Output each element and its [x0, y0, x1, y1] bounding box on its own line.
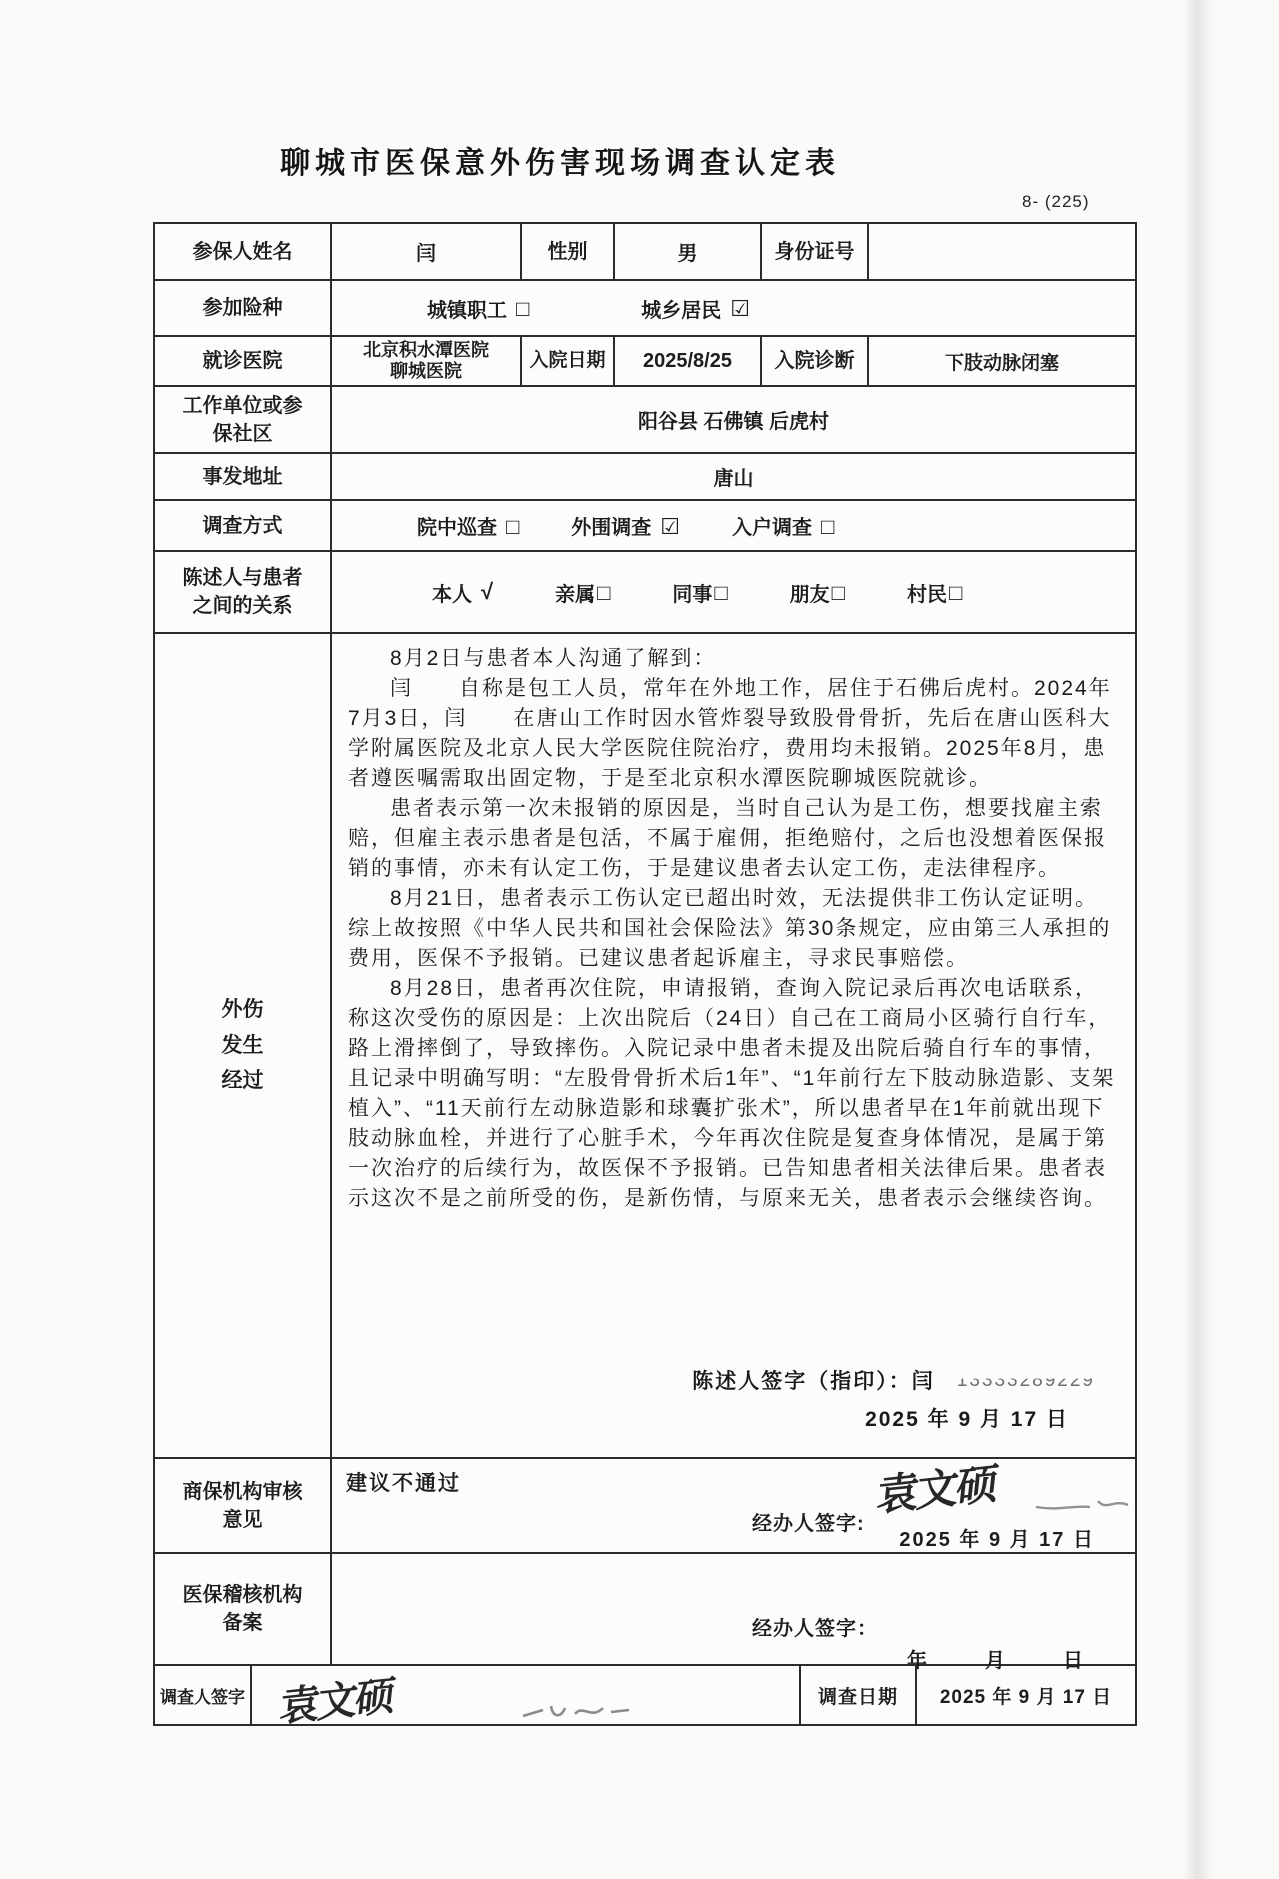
- option-urban-employee: 城镇职工 □: [427, 294, 529, 323]
- narrative-label: 外伤发生经过: [155, 634, 330, 1457]
- signature-scribble: [517, 1700, 637, 1724]
- option-coworker: 同事 □: [672, 578, 727, 607]
- option-urban-rural-resident: 城乡居民 ☑: [641, 294, 750, 323]
- row-relation: 陈述人与患者之间的关系 本人 √ 亲属 □ 同事 □ 朋友 □ 村民 □: [155, 550, 1135, 632]
- row-survey-method: 调查方式 院中巡查 □ 外围调查 ☑ 入户调查 □: [155, 499, 1135, 550]
- admission-date-label: 入院日期: [520, 337, 613, 385]
- row-review: 商保机构审核意见 建议不通过 经办人签字: 袁文硕 2025 年 9 月 17 …: [155, 1457, 1135, 1552]
- admission-date-value: 2025/8/25: [613, 337, 760, 385]
- survey-date-label: 调查日期: [799, 1666, 915, 1724]
- narrative-paragraph: 8月21日，患者表示工伤认定已超出时效，无法提供非工伤认定证明。综上故按照《中华…: [348, 884, 1121, 974]
- audit-content: 经办人签字： 年 月 日: [330, 1554, 1135, 1664]
- handwritten-signature: 袁文硕: [277, 1664, 396, 1734]
- row-work-unit: 工作单位或参保社区 阳谷县 石佛镇 后虎村: [155, 385, 1135, 452]
- row-investigator: 调查人签字 袁文硕 调查日期 2025 年 9 月 17 日: [155, 1664, 1135, 1724]
- id-number-label: 身份证号: [760, 224, 867, 279]
- investigator-label: 调查人签字: [155, 1666, 250, 1724]
- declarant-signature-line: 陈述人签字（指印）：闫13333289229: [348, 1366, 1121, 1397]
- checkbox-checked-icon: ☑: [660, 514, 680, 540]
- survey-method-options: 院中巡查 □ 外围调查 ☑ 入户调查 □: [330, 501, 1135, 550]
- survey-method-label: 调查方式: [155, 501, 330, 550]
- relation-options: 本人 √ 亲属 □ 同事 □ 朋友 □ 村民 □: [330, 552, 1135, 632]
- checkbox-checked-icon: ☑: [730, 296, 750, 322]
- hospital-value: 北京积水潭医院 聊城医院: [330, 337, 520, 385]
- narrative-paragraph: 闫 自称是包工人员，常年在外地工作，居住于石佛后虎村。2024年7月3日，闫 在…: [348, 674, 1121, 794]
- row-hospital: 就诊医院 北京积水潭医院 聊城医院 入院日期 2025/8/25 入院诊断 下肢…: [155, 335, 1135, 385]
- narrative-text: 8月2日与患者本人沟通了解到： 闫 自称是包工人员，常年在外地工作，居住于石佛后…: [330, 634, 1135, 1457]
- option-villager: 村民 □: [907, 578, 962, 607]
- row-incident-address: 事发地址 唐山: [155, 452, 1135, 499]
- hospital-label: 就诊医院: [155, 337, 330, 385]
- narrative-paragraph: 患者表示第一次未报销的原因是，当时自己认为是工伤，想要找雇主索赔，但雇主表示患者…: [348, 794, 1121, 884]
- option-relative: 亲属 □: [555, 578, 610, 607]
- investigator-signature-cell: 袁文硕: [250, 1666, 799, 1724]
- work-unit-value: 阳谷县 石佛镇 后虎村: [330, 387, 1135, 452]
- relation-label: 陈述人与患者之间的关系: [155, 552, 330, 632]
- option-in-hospital-check: 院中巡查 □: [417, 511, 519, 540]
- id-number-value: [867, 224, 1135, 279]
- checkbox-unchecked-icon: □: [506, 514, 519, 540]
- gender-label: 性别: [520, 224, 613, 279]
- audit-label: 医保稽核机构备案: [155, 1554, 330, 1664]
- diagnosis-value: 下肢动脉闭塞: [867, 337, 1135, 385]
- page-code: 8- (225): [1022, 192, 1090, 212]
- declarant-signature-block: 陈述人签字（指印）：闫13333289229 2025 年 9 月 17 日: [348, 1366, 1121, 1435]
- review-date: 2025 年 9 月 17 日: [899, 1523, 1095, 1552]
- scan-edge-shadow: [1183, 0, 1213, 1879]
- narrative-paragraph: 8月2日与患者本人沟通了解到：: [348, 644, 1121, 674]
- review-label: 商保机构审核意见: [155, 1459, 330, 1552]
- audit-date-blank: 年 月 日: [907, 1644, 1089, 1673]
- audit-operator-label: 经办人签字：: [752, 1612, 878, 1641]
- page-title: 聊城市医保意外伤害现场调查认定表: [70, 138, 1050, 182]
- insurance-type-label: 参加险种: [155, 281, 330, 335]
- insurance-type-options: 城镇职工 □ 城乡居民 ☑: [330, 281, 1135, 335]
- incident-address-label: 事发地址: [155, 454, 330, 499]
- diagnosis-label: 入院诊断: [760, 337, 867, 385]
- checkbox-unchecked-icon: □: [714, 580, 727, 606]
- checkbox-unchecked-icon: □: [832, 580, 845, 606]
- review-opinion: 建议不通过: [346, 1467, 461, 1497]
- option-perimeter-survey: 外围调查 ☑: [571, 511, 680, 540]
- checkmark-icon: √: [481, 579, 493, 605]
- handwritten-signature: 袁文硕: [874, 1450, 1000, 1524]
- option-self: 本人 √: [432, 578, 493, 607]
- checkbox-unchecked-icon: □: [949, 580, 962, 606]
- option-household-survey: 入户调查 □: [732, 511, 834, 540]
- checkbox-unchecked-icon: □: [821, 514, 834, 540]
- review-operator-label: 经办人签字:: [752, 1507, 865, 1536]
- declarant-phone-faded: 13333289229: [957, 1366, 1095, 1396]
- gender-value: 男: [613, 224, 760, 279]
- narrative-paragraph: 8月28日，患者再次住院，申请报销，查询入院记录后再次电话联系，称这次受伤的原因…: [348, 974, 1121, 1214]
- row-narrative: 外伤发生经过 8月2日与患者本人沟通了解到： 闫 自称是包工人员，常年在外地工作…: [155, 632, 1135, 1457]
- survey-date-value: 2025 年 9 月 17 日: [915, 1666, 1135, 1724]
- signature-scribble: [1032, 1491, 1132, 1517]
- checkbox-unchecked-icon: □: [597, 580, 610, 606]
- option-friend: 朋友 □: [790, 578, 845, 607]
- row-insurance-type: 参加险种 城镇职工 □ 城乡居民 ☑: [155, 279, 1135, 335]
- incident-address-value: 唐山: [330, 454, 1135, 499]
- insured-name-value: 闫: [330, 224, 520, 279]
- form-table: 参保人姓名 闫 性别 男 身份证号 参加险种 城镇职工 □ 城乡居民 ☑ 就诊医…: [153, 222, 1137, 1726]
- work-unit-label: 工作单位或参保社区: [155, 387, 330, 452]
- declarant-sign-date: 2025 年 9 月 17 日: [348, 1405, 1121, 1435]
- row-insured: 参保人姓名 闫 性别 男 身份证号: [155, 224, 1135, 279]
- row-audit: 医保稽核机构备案 经办人签字： 年 月 日: [155, 1552, 1135, 1664]
- checkbox-unchecked-icon: □: [516, 296, 529, 322]
- review-content: 建议不通过 经办人签字: 袁文硕 2025 年 9 月 17 日: [330, 1459, 1135, 1552]
- insured-name-label: 参保人姓名: [155, 224, 330, 279]
